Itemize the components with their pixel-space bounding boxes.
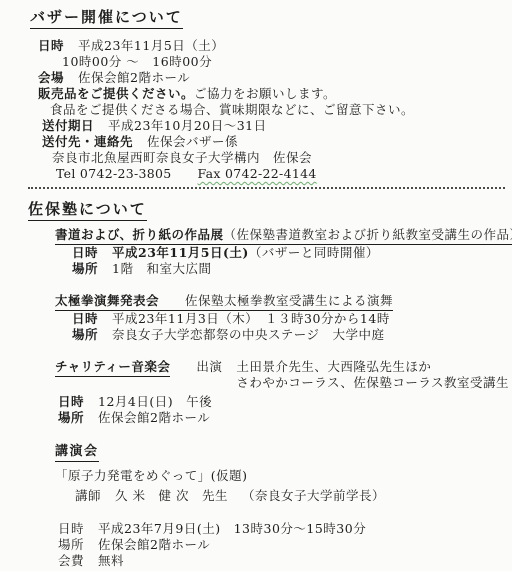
bazaar-section-heading-row: バザー開催について: [0, 8, 512, 30]
concert-place-label: 場所: [58, 410, 84, 426]
taichi-place-value: 奈良女子大学恋都祭の中央ステージ 大学中庭: [112, 327, 385, 343]
dotted-separator: [28, 187, 505, 189]
bazaar-offer-row: 販売品をご提供ください。 ご協力をお願いします。: [0, 86, 512, 102]
taichi-title-underline: 太極拳演舞発表会 佐保塾太極拳教室受講生による演舞: [55, 294, 393, 311]
taichi-place-label: 場所: [72, 327, 98, 343]
concert-cast-line1: 土田景介先生、大西隆弘先生ほか: [236, 359, 509, 375]
exhibition-title: 書道および、折り紙の作品展: [55, 228, 224, 242]
lecture-place-row: 場所 佐保会館2階ホール: [0, 537, 512, 553]
bazaar-telfax-row: Tel 0742-23-3805 Fax 0742-22-4144: [0, 166, 512, 182]
taichi-title-row: 太極拳演舞発表会 佐保塾太極拳教室受講生による演舞: [0, 294, 512, 311]
exhibition-place-row: 場所 1階 和室大広間: [0, 261, 512, 277]
lecture-talk-title-row: 「原子力発電をめぐって」(仮題): [0, 468, 512, 484]
lecture-datetime-row: 日時 平成23年7月9日(土) 13時30分～15時30分: [0, 521, 512, 537]
concert-cast-list: 土田景介先生、大西隆弘先生ほか さわやかコーラス、佐保塾コーラス教室受講生: [236, 359, 509, 391]
lecture-place-label: 場所: [58, 537, 84, 553]
bazaar-datetime-row: 日時 平成23年11月5日（土）: [0, 38, 512, 54]
bazaar-address-row: 奈良市北魚屋西町奈良女子大学構内 佐保会: [0, 150, 512, 166]
bazaar-fax: Fax 0742-22-4144: [198, 166, 317, 182]
bazaar-time-range: 10時00分 ～ 16時00分: [62, 54, 212, 70]
concert-title: チャリティー音楽会: [55, 360, 170, 374]
lecture-fee-row: 会費 無料: [0, 553, 512, 569]
bazaar-contact-row: 送付先・連絡先 佐保会バザー係: [0, 134, 512, 150]
concert-place-value: 佐保会館2階ホール: [98, 410, 210, 426]
exhibition-title-underline: 書道および、折り紙の作品展 （佐保塾書道教室および折り紙教室受講生の作品）: [55, 228, 512, 245]
lecture-fee-value: 無料: [98, 553, 124, 569]
lecture-heading-row: 講演会: [0, 440, 512, 460]
saho-section-heading-row: 佐保塾について: [0, 200, 512, 222]
document-page: バザー開催について 日時 平成23年11月5日（土） 10時00分 ～ 16時0…: [0, 0, 512, 571]
exhibition-title-note: （佐保塾書道教室および折り紙教室受講生の作品）: [224, 228, 512, 242]
bazaar-time-range-row: 10時00分 ～ 16時00分: [0, 54, 512, 70]
taichi-subtitle: 佐保塾太極拳教室受講生による演舞: [185, 294, 393, 308]
taichi-datetime-row: 日時 平成23年11月3日（木） １３時30分から14時: [0, 311, 512, 327]
concert-datetime-value: 12月4日(日) 午後: [98, 394, 212, 410]
lecture-fee-label: 会費: [58, 553, 84, 569]
exhibition-datetime-value: 平成23年11月5日(土): [112, 245, 249, 261]
exhibition-datetime-note: （バザーと同時開催）: [249, 245, 379, 261]
lecture-talk-title: 「原子力発電をめぐって」(仮題): [55, 468, 248, 484]
bazaar-food-note: 食品をご提供くださる場合、賞味期限などに、ご留意下さい。: [50, 102, 414, 118]
bazaar-send-date-row: 送付期日 平成23年10月20日～31日: [0, 118, 512, 134]
exhibition-datetime-label: 日時: [72, 245, 98, 261]
bazaar-contact-value: 佐保会バザー係: [147, 134, 238, 150]
lecture-datetime-label: 日時: [58, 521, 84, 537]
concert-cast-label: 出演: [196, 360, 222, 374]
bazaar-datetime-value: 平成23年11月5日（土）: [78, 38, 224, 54]
lecture-lecturer-label: 講師: [75, 488, 101, 504]
bazaar-send-date-value: 平成23年10月20日～31日: [108, 118, 267, 134]
lecture-place-value: 佐保会館2階ホール: [98, 537, 210, 553]
bazaar-venue-label: 会場: [38, 70, 64, 86]
exhibition-place-value: 1階 和室大広間: [112, 261, 211, 277]
lecture-datetime-value: 平成23年7月9日(土) 13時30分～15時30分: [98, 521, 366, 537]
taichi-datetime-value: 平成23年11月3日（木） １３時30分から14時: [112, 311, 390, 327]
concert-datetime-label: 日時: [58, 394, 84, 410]
lecture-lecturer-note: （奈良女子大学前学長）: [242, 488, 385, 504]
concert-title-row: チャリティー音楽会 出演 土田景介先生、大西隆弘先生ほか さわやかコーラス、佐保…: [0, 359, 512, 376]
concert-place-row: 場所 佐保会館2階ホール: [0, 410, 512, 426]
bazaar-venue-row: 会場 佐保会館2階ホール: [0, 70, 512, 86]
bazaar-contact-label: 送付先・連絡先: [42, 134, 133, 150]
exhibition-datetime-row: 日時 平成23年11月5日(土) （バザーと同時開催）: [0, 245, 512, 261]
concert-cast-line2: さわやかコーラス、佐保塾コーラス教室受講生: [236, 375, 509, 391]
bazaar-datetime-label: 日時: [38, 38, 64, 54]
concert-datetime-row: 日時 12月4日(日) 午後: [0, 394, 512, 410]
bazaar-offer-request-rest: ご協力をお願いします。: [194, 86, 336, 102]
bazaar-offer-request: 販売品をご提供ください。: [38, 86, 194, 102]
taichi-title: 太極拳演舞発表会: [55, 294, 159, 308]
bazaar-send-date-label: 送付期日: [42, 118, 94, 134]
bazaar-address: 奈良市北魚屋西町奈良女子大学構内 佐保会: [52, 150, 312, 166]
lecture-lecturer-row: 講師 久 米 健 次 先生 （奈良女子大学前学長）: [0, 488, 512, 504]
bazaar-tel: Tel 0742-23-3805: [56, 166, 172, 182]
concert-title-underline: チャリティー音楽会: [55, 360, 170, 377]
bazaar-venue-value: 佐保会館2階ホール: [78, 70, 190, 86]
taichi-datetime-label: 日時: [72, 311, 98, 327]
exhibition-title-row: 書道および、折り紙の作品展 （佐保塾書道教室および折り紙教室受講生の作品）: [0, 228, 512, 245]
bazaar-section-heading: バザー開催について: [30, 8, 183, 29]
bazaar-food-note-row: 食品をご提供くださる場合、賞味期限などに、ご留意下さい。: [0, 102, 512, 118]
taichi-place-row: 場所 奈良女子大学恋都祭の中央ステージ 大学中庭: [0, 327, 512, 343]
exhibition-place-label: 場所: [72, 261, 98, 277]
lecture-heading: 講演会: [55, 440, 99, 462]
saho-section-heading: 佐保塾について: [28, 200, 147, 221]
lecture-lecturer-name: 久 米 健 次 先生: [115, 488, 228, 504]
